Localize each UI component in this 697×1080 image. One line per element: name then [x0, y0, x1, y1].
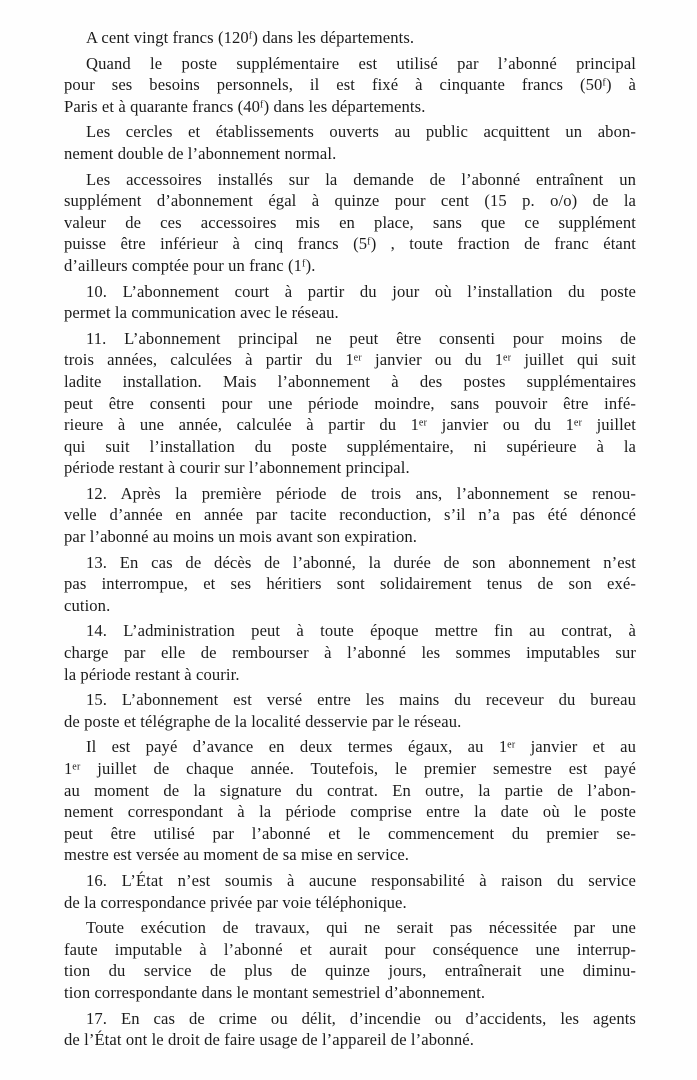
text-line: valeur de ces accessoires mis en place, … — [64, 212, 636, 234]
text-line: pour ses besoins personnels, il est fixé… — [64, 74, 636, 96]
text-line: pas interrompue, et ses héritiers sont s… — [64, 573, 636, 595]
text-line: tion correspondante dans le montant seme… — [64, 982, 636, 1004]
text-line: puisse être inférieur à cinq francs (5ᶠ)… — [64, 233, 636, 255]
text-line: Il est payé d’avance en deux termes égau… — [64, 736, 636, 758]
article-17: 17. En cas de crime ou délit, d’incendie… — [64, 1008, 636, 1051]
para-poste-supplementaire: Quand le poste supplémentaire est utilis… — [64, 53, 636, 118]
text-line: de la correspondance privée par voie tél… — [64, 892, 636, 914]
text-line: rieure à une année, calculée à partir du… — [64, 414, 636, 436]
text-line: tion du service de plus de quinze jours,… — [64, 960, 636, 982]
text-line: peut être consenti pour une période moin… — [64, 393, 636, 415]
article-10: 10. L’abonnement court à partir du jour … — [64, 281, 636, 324]
text-line: 15. L’abonnement est versé entre les mai… — [64, 689, 636, 711]
text-line: cution. — [64, 595, 636, 617]
document-text-block: A cent vingt francs (120ᶠ) dans les dépa… — [64, 27, 636, 1051]
para-cercles-etablissements: Les cercles et établissements ouverts au… — [64, 121, 636, 164]
text-line: faute imputable à l’abonné et aurait pou… — [64, 939, 636, 961]
text-line: qui suit l’installation du poste supplém… — [64, 436, 636, 458]
para-travaux: Toute exécution de travaux, qui ne serai… — [64, 917, 636, 1003]
text-line: Paris et à quarante francs (40ᶠ) dans le… — [64, 96, 636, 118]
text-line: supplément d’abonnement égal à quinze po… — [64, 190, 636, 212]
text-line: par l’abonné au moins un mois avant son … — [64, 526, 636, 548]
text-line: 10. L’abonnement court à partir du jour … — [64, 281, 636, 303]
text-line: au moment de la signature du contrat. En… — [64, 780, 636, 802]
text-line: Les accessoires installés sur la demande… — [64, 169, 636, 191]
text-line: charge par elle de rembourser à l’abonné… — [64, 642, 636, 664]
text-line: nement double de l’abonnement normal. — [64, 143, 636, 165]
text-line: trois années, calculées à partir du 1ᵉʳ … — [64, 349, 636, 371]
text-line: peut être utilisé par l’abonné et le com… — [64, 823, 636, 845]
text-line: Les cercles et établissements ouverts au… — [64, 121, 636, 143]
text-line: 12. Après la première période de trois a… — [64, 483, 636, 505]
para-accessoires: Les accessoires installés sur la demande… — [64, 169, 636, 277]
text-line: permet la communication avec le réseau. — [64, 302, 636, 324]
text-line: 1ᵉʳ juillet de chaque année. Toutefois, … — [64, 758, 636, 780]
text-line: 14. L’administration peut à toute époque… — [64, 620, 636, 642]
text-line: 11. L’abonnement principal ne peut être … — [64, 328, 636, 350]
text-line: de l’État ont le droit de faire usage de… — [64, 1029, 636, 1051]
text-line: 16. L’État n’est soumis à aucune respons… — [64, 870, 636, 892]
text-line: A cent vingt francs (120ᶠ) dans les dépa… — [64, 27, 636, 49]
para-paiement: Il est payé d’avance en deux termes égau… — [64, 736, 636, 866]
text-line: Quand le poste supplémentaire est utilis… — [64, 53, 636, 75]
article-11: 11. L’abonnement principal ne peut être … — [64, 328, 636, 479]
text-line: Toute exécution de travaux, qui ne serai… — [64, 917, 636, 939]
text-line: velle d’année en année par tacite recond… — [64, 504, 636, 526]
article-15: 15. L’abonnement est versé entre les mai… — [64, 689, 636, 732]
para-tarif-departements: A cent vingt francs (120ᶠ) dans les dépa… — [64, 27, 636, 49]
scanned-document-page: A cent vingt francs (120ᶠ) dans les dépa… — [0, 0, 697, 1080]
text-line: mestre est versée au moment de sa mise e… — [64, 844, 636, 866]
article-13: 13. En cas de décès de l’abonné, la duré… — [64, 552, 636, 617]
text-line: période restant à courir sur l’abonnemen… — [64, 457, 636, 479]
article-12: 12. Après la première période de trois a… — [64, 483, 636, 548]
text-line: d’ailleurs comptée pour un franc (1ᶠ). — [64, 255, 636, 277]
article-16: 16. L’État n’est soumis à aucune respons… — [64, 870, 636, 913]
text-line: 13. En cas de décès de l’abonné, la duré… — [64, 552, 636, 574]
text-line: ladite installation. Mais l’abonnement à… — [64, 371, 636, 393]
text-line: nement correspondant à la période compri… — [64, 801, 636, 823]
article-14: 14. L’administration peut à toute époque… — [64, 620, 636, 685]
text-line: 17. En cas de crime ou délit, d’incendie… — [64, 1008, 636, 1030]
text-line: de poste et télégraphe de la localité de… — [64, 711, 636, 733]
text-line: la période restant à courir. — [64, 664, 636, 686]
